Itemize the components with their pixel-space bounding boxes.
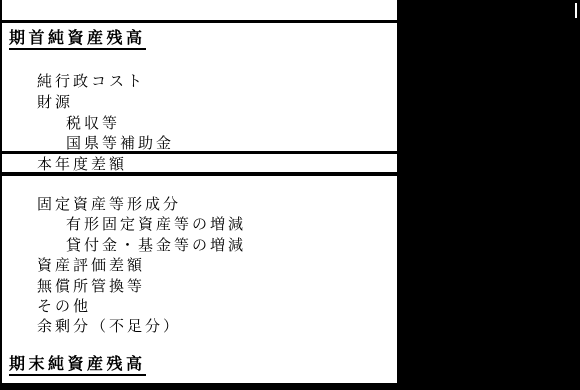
row-label: 純行政コスト: [37, 74, 145, 90]
table-row: 無償所管換等: [37, 277, 145, 297]
table-header-cell: [2, 0, 397, 20]
table-row: その他: [37, 297, 91, 317]
row-label: 期末純資産残高: [9, 356, 146, 376]
net-assets-change-table: 期首純資産残高純行政コスト財源税収等国県等補助金本年度差額固定資産等形成分有形固…: [2, 0, 397, 387]
row-label: その他: [37, 299, 91, 315]
table-row: 有形固定資産等の増減: [66, 215, 246, 235]
table-row: 余剰分（不足分）: [37, 317, 181, 337]
caret-mark: [575, 3, 577, 18]
table-row: 税収等: [66, 114, 120, 134]
row-label: 国県等補助金: [66, 136, 174, 152]
table-row: 期首純資産残高: [9, 29, 146, 49]
row-label: 固定資産等形成分: [37, 197, 181, 213]
table-row: 本年度差額: [37, 155, 127, 175]
table-row: 期末純資産残高: [9, 355, 146, 375]
row-label: 有形固定資産等の増減: [66, 217, 246, 233]
row-label: 資産評価差額: [37, 258, 145, 274]
row-label: 財源: [37, 95, 73, 111]
row-label: 本年度差額: [37, 157, 127, 173]
header-separator-rule: [2, 20, 397, 23]
row-label: 貸付金・基金等の増減: [66, 238, 246, 254]
table-row: 純行政コスト: [37, 72, 145, 92]
document-page: 期首純資産残高純行政コスト財源税収等国県等補助金本年度差額固定資産等形成分有形固…: [0, 0, 580, 390]
row-label: 税収等: [66, 116, 120, 132]
row-label: 余剰分（不足分）: [37, 319, 181, 335]
table-row: 固定資産等形成分: [37, 195, 181, 215]
table-row: 資産評価差額: [37, 256, 145, 276]
row-label: 無償所管換等: [37, 279, 145, 295]
table-row: 財源: [37, 93, 73, 113]
table-row: 貸付金・基金等の増減: [66, 236, 246, 256]
table-bottom-border: [2, 383, 397, 387]
table-row: 国県等補助金: [66, 134, 174, 154]
rule-above-current-year-difference: [2, 151, 397, 154]
row-label: 期首純資産残高: [9, 30, 146, 50]
